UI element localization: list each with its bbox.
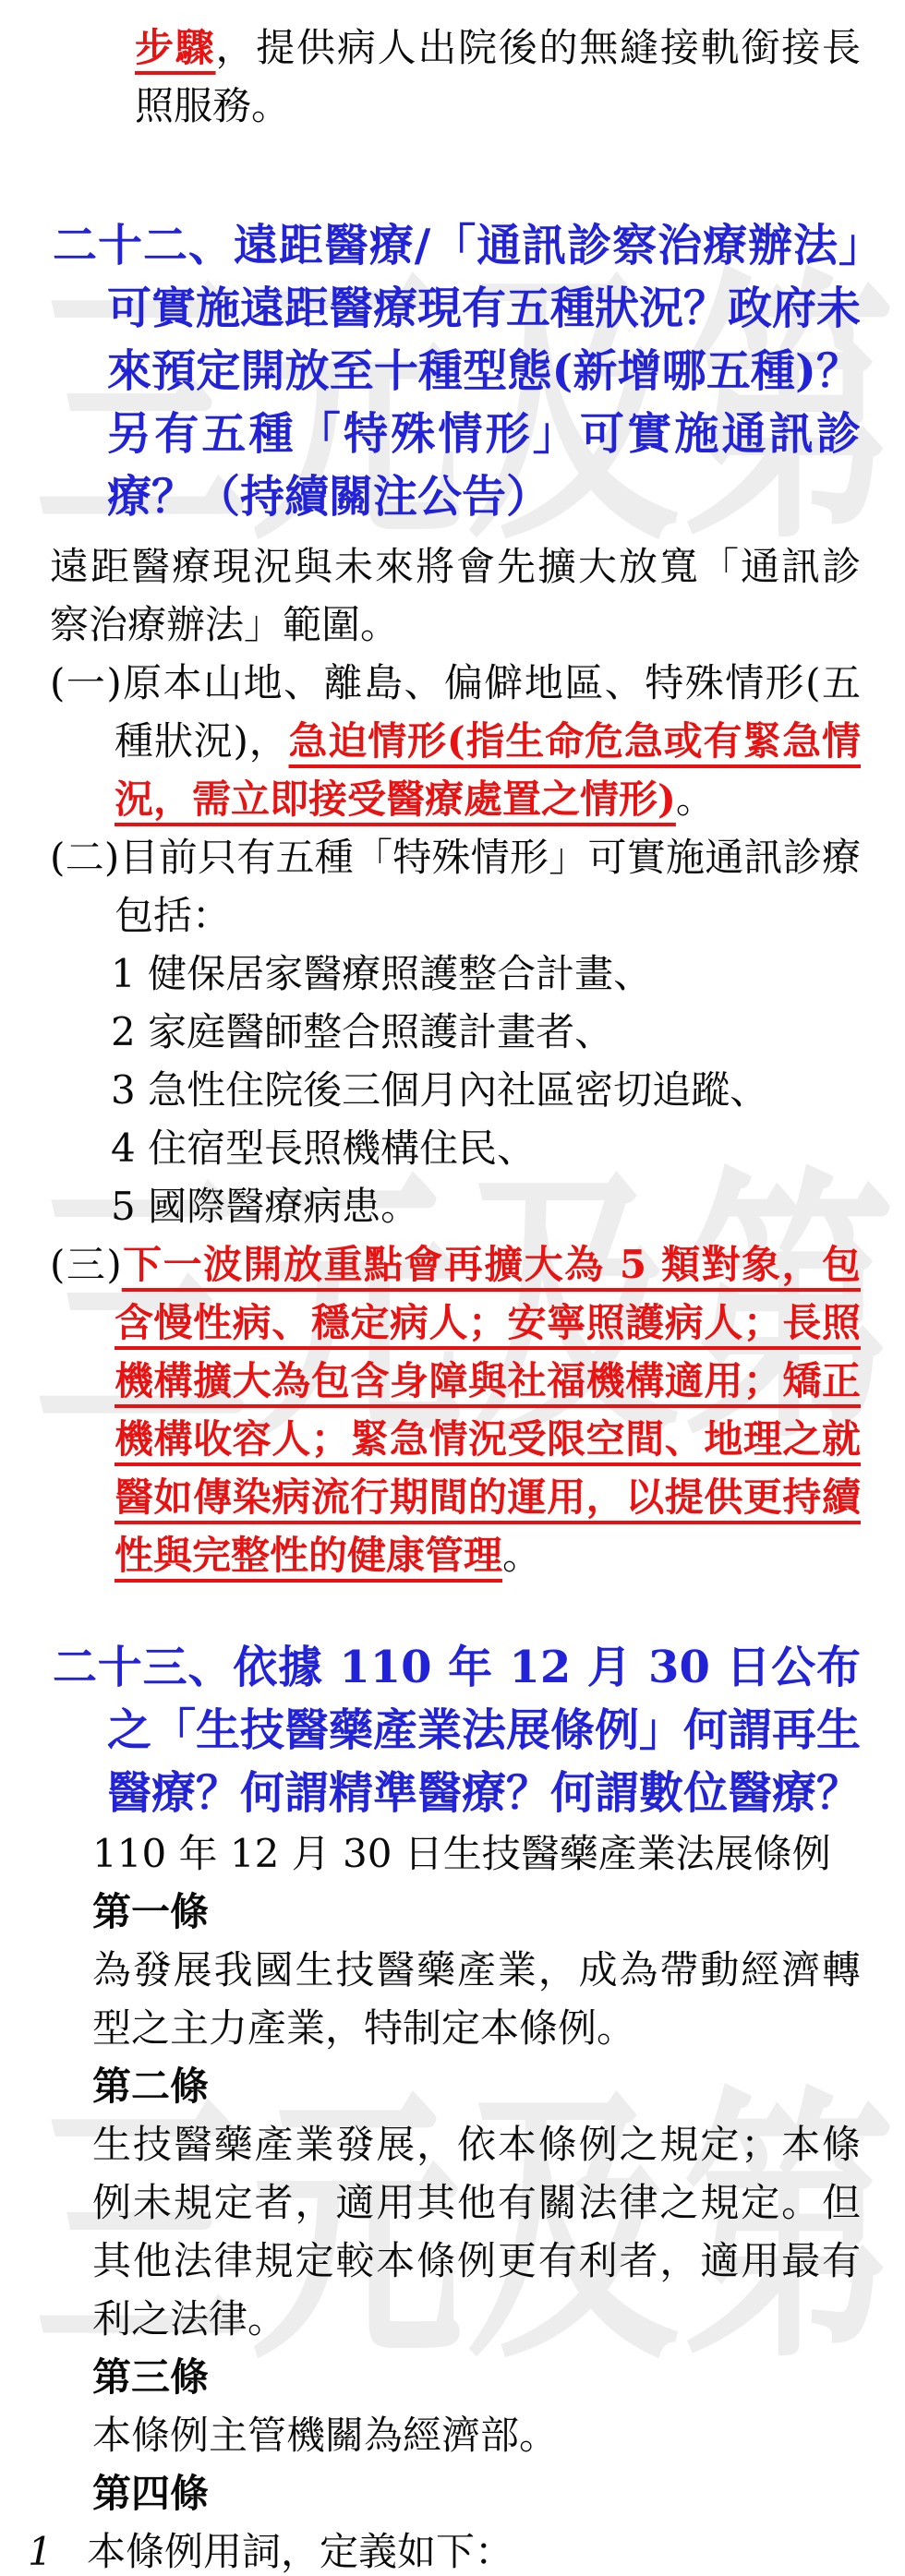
list-item: 4 住宿型長照機構住民、 — [111, 1119, 861, 1177]
paragraph-discharge-continuation: 步驟，提供病人出院後的無縫接軌銜接長照服務。 — [135, 18, 861, 135]
special-cases-list: 1 健保居家醫療照護整合計畫、 2 家庭醫師整合照護計畫者、 3 急性住院後三個… — [50, 945, 861, 1235]
item-two-paragraph: (二)目前只有五種「特殊情形」可實施通訊診療包括： — [50, 828, 861, 945]
article-3-number: 第三條 — [92, 2348, 861, 2406]
telemedicine-intro-paragraph: 遠距醫療現況與未來將會先擴大放寬「通訊診察治療辦法」範圍。 — [50, 537, 861, 654]
item-two-label: (二) — [50, 835, 119, 880]
list-item: 1 健保居家醫療照護整合計畫、 — [111, 945, 861, 1003]
document-content: 步驟，提供病人出院後的無縫接軌銜接長照服務。 二十二、遠距醫療/「通訊診察治療辦… — [0, 0, 905, 2576]
article-4-clause-1: 1本條例用詞，定義如下： — [28, 2522, 861, 2576]
article-1-number: 第一條 — [92, 1883, 861, 1941]
item-one-paragraph: (一)原本山地、離島、偏僻地區、特殊情形(五種狀況)，急迫情形(指生命危急或有緊… — [50, 654, 861, 828]
list-item: 5 國際醫療病患。 — [111, 1177, 861, 1235]
item-three-paragraph: (三)下一波開放重點會再擴大為 5 類對象，包含慢性病、穩定病人；安寧照護病人；… — [50, 1235, 861, 1584]
list-item: 3 急性住院後三個月內社區密切追蹤、 — [111, 1061, 861, 1119]
article-2-number: 第二條 — [92, 2057, 861, 2115]
item-three-label: (三) — [50, 1242, 122, 1287]
item-two-text: 目前只有五種「特殊情形」可實施通訊診療包括： — [115, 835, 861, 938]
section-23-heading: 二十三、依據 110 年 12 月 30 日公布之「生技醫藥產業法展條例」何謂再… — [50, 1636, 861, 1824]
item-one-text: 原本山地、離島、偏僻地區、特殊情形(五種狀況)，急迫情形(指生命危急或有緊急情況… — [115, 660, 861, 822]
item-three-text: 下一波開放重點會再擴大為 5 類對象，包含慢性病、穩定病人；安寧照護病人；長照機… — [115, 1242, 861, 1578]
article-3-body: 本條例主管機關為經濟部。 — [92, 2406, 861, 2464]
section-22-heading: 二十二、遠距醫療/「通訊診察治療辦法」可實施遠距醫療現有五種狀況？政府未來預定開… — [50, 214, 861, 528]
list-item: 2 家庭醫師整合照護計畫者、 — [111, 1003, 861, 1061]
article-1-body: 為發展我國生技醫藥產業，成為帶動經濟轉型之主力產業，特制定本條例。 — [92, 1941, 861, 2057]
law-section: 110 年 12 月 30 日生技醫藥產業法展條例 第一條 為發展我國生技醫藥產… — [92, 1824, 861, 2576]
law-title: 110 年 12 月 30 日生技醫藥產業法展條例 — [92, 1824, 861, 1883]
article-2-body: 生技醫藥產業發展，依本條例之規定；本條例未規定者，適用其他有關法律之規定。但其他… — [92, 2115, 861, 2348]
item-one-label: (一) — [50, 660, 122, 705]
article-4-number: 第四條 — [92, 2464, 861, 2522]
clause-number: 1 — [28, 2522, 87, 2576]
clause-text: 本條例用詞，定義如下： — [87, 2529, 513, 2574]
document-page: 三元及第 三元及第 三元及第 步驟，提供病人出院後的無縫接軌銜接長照服務。 二十… — [0, 0, 905, 2576]
